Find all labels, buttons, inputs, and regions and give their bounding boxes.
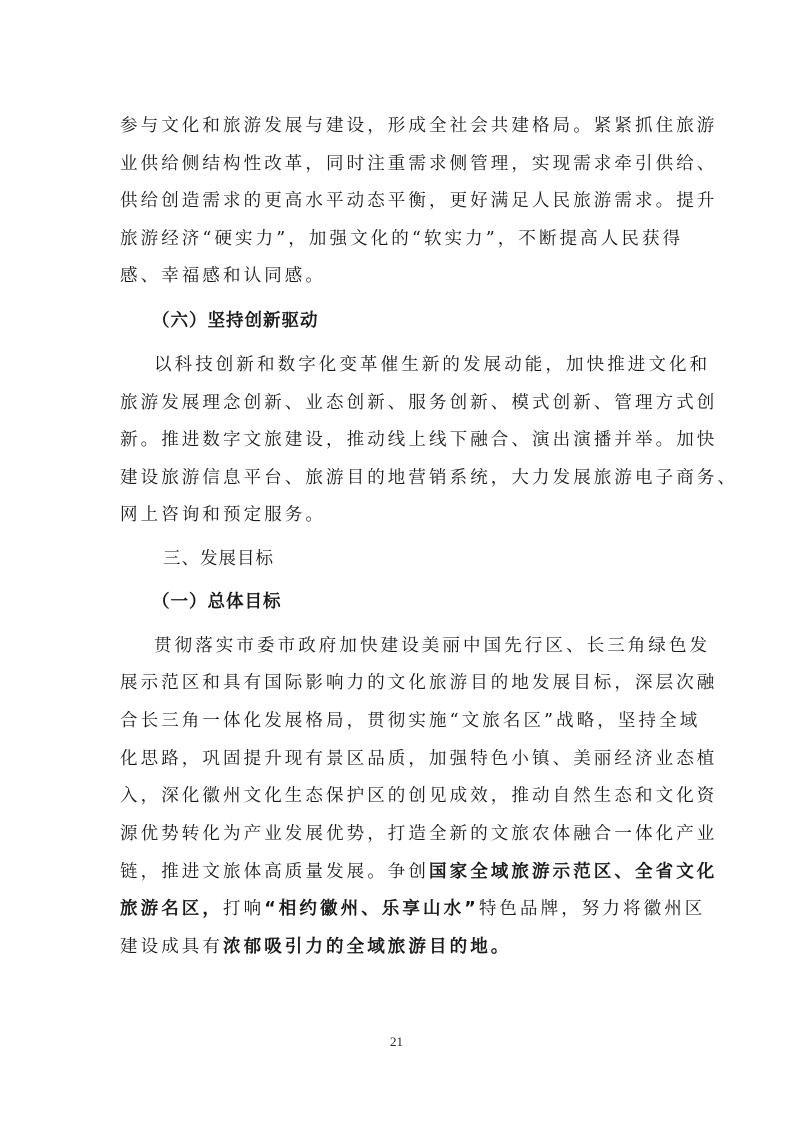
paragraph-line: 供给创造需求的更高水平动态平衡，更好满足人民旅游需求。提升	[120, 187, 676, 215]
text-run: 打响	[223, 899, 264, 919]
paragraph-line: 旅游名区，打响“相约徽州、乐享山水”特色品牌，努力将徽州区	[120, 895, 676, 923]
paragraph-line: 以科技创新和数字化变革催生新的发展动能，加快推进文化和	[154, 351, 676, 379]
text-run: 特色品牌，努力将徽州区	[479, 899, 706, 919]
paragraph-line: 新。推进数字文旅建设，推动线上线下融合、演出演播并举。加快	[120, 426, 676, 454]
paragraph-line: 网上咨询和预定服务。	[120, 501, 676, 529]
paragraph-line: 合长三角一体化发展格局，贯彻实施“文旅名区”战略，坚持全域	[120, 707, 676, 735]
paragraph-line: 入，深化徽州文化生态保护区的创见成效，推动自然生态和文化资	[120, 782, 676, 810]
text-run: 建设成具有	[120, 937, 223, 957]
paragraph-line: 参与文化和旅游发展与建设，形成全社会共建格局。紧紧抓住旅游	[120, 112, 676, 140]
paragraph-line: 旅游经济“硬实力”，加强文化的“软实力”，不断提高人民获得	[120, 225, 676, 253]
paragraph-line: 源优势转化为产业发展优势，打造全新的文旅农体融合一体化产业	[120, 820, 676, 848]
emphasis-text: 旅游名区，	[120, 899, 223, 919]
paragraph-line: 感、幸福感和认同感。	[120, 262, 676, 290]
emphasis-text: “相约徽州、乐享山水”	[264, 899, 479, 919]
paragraph-line: 展示范区和具有国际影响力的文化旅游目的地发展目标，深层次融	[120, 669, 676, 697]
paragraph-line: 建设旅游信息平台、旅游目的地营销系统，大力发展旅游电子商务、	[120, 464, 676, 492]
text-run: 链，推进文旅体高质量发展。争创	[120, 862, 429, 882]
paragraph-line: 贯彻落实市委市政府加快建设美丽中国先行区、长三角绿色发	[154, 632, 676, 660]
paragraph-line: 业供给侧结构性改革，同时注重需求侧管理，实现需求牵引供给、	[120, 150, 676, 178]
document-page: 参与文化和旅游发展与建设，形成全社会共建格局。紧紧抓住旅游 业供给侧结构性改革，…	[0, 0, 793, 1122]
chapter-heading: 三、发展目标	[163, 545, 274, 573]
section-heading: （六）坚持创新驱动	[152, 307, 319, 335]
paragraph-line: 化思路，巩固提升现有景区品质，加强特色小镇、美丽经济业态植	[120, 745, 676, 773]
page-number: 21	[0, 1034, 793, 1050]
section-heading: （一）总体目标	[152, 588, 282, 616]
paragraph-line: 链，推进文旅体高质量发展。争创国家全域旅游示范区、全省文化	[120, 858, 676, 886]
emphasis-text: 浓郁吸引力的全域旅游目的地。	[223, 937, 511, 957]
paragraph-line: 旅游发展理念创新、业态创新、服务创新、模式创新、管理方式创	[120, 389, 676, 417]
paragraph-line: 建设成具有浓郁吸引力的全域旅游目的地。	[120, 933, 676, 961]
emphasis-text: 国家全域旅游示范区、全省文化	[429, 862, 717, 882]
